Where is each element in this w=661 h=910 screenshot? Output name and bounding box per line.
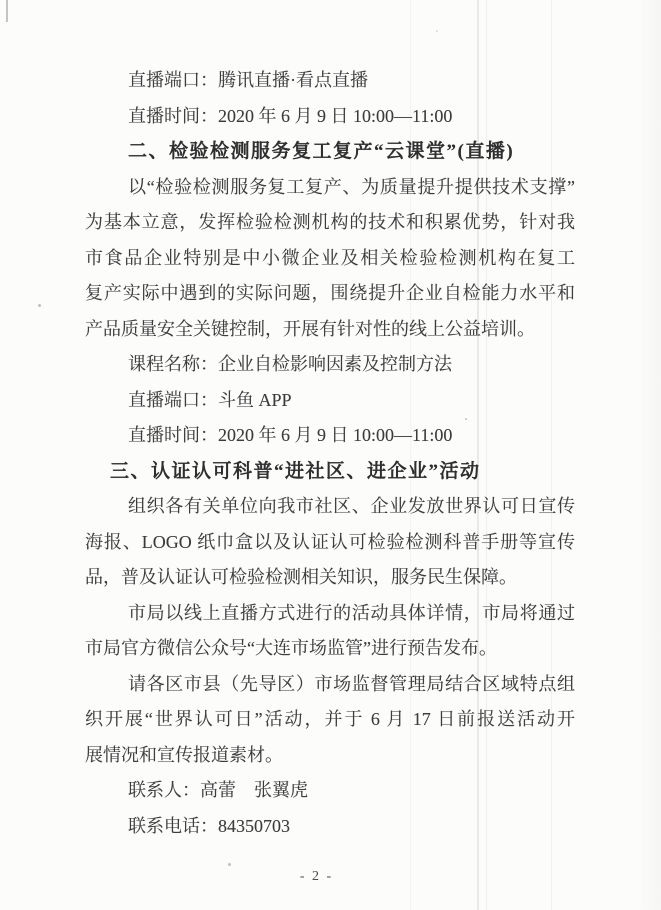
doc-line: 产品质量安全关键控制，开展有针对性的线上公益培训。 [85,312,575,348]
scan-artifact-edge-tint [639,0,661,910]
doc-line: 复产实际中遇到的实际问题，围绕提升企业自检能力水平和 [85,276,575,312]
doc-line: 海报、LOGO 纸巾盒以及认证认可检验检测科普手册等宣传 [85,525,575,561]
doc-line-broadcast-time: 直播时间：2020 年 6 月 9 日 10:00—11:00 [85,418,575,454]
doc-line: 组织各有关单位向我市社区、企业发放世界认可日宣传 [85,489,575,525]
doc-line: 请各区市县（先导区）市场监督管理局结合区域特点组 [85,667,575,703]
doc-line: 市局官方微信公众号“大连市场监管”进行预告发布。 [85,631,575,667]
doc-line-broadcast-time: 直播时间：2020 年 6 月 9 日 10:00—11:00 [85,99,575,135]
doc-line: 为基本立意，发挥检验检测机构的技术和积累优势，针对我 [85,205,575,241]
section-heading-3: 三、认证认可科普“进社区、进企业”活动 [85,454,575,490]
doc-line-broadcast-port: 直播端口：斗鱼 APP [85,383,575,419]
doc-line-contact-person: 联系人：高蕾 张翼虎 [85,773,575,809]
doc-line-contact-phone: 联系电话：84350703 [85,809,575,845]
doc-line: 市局以线上直播方式进行的活动具体详情，市局将通过 [85,596,575,632]
doc-line: 品，普及认证认可检验检测相关知识，服务民生保障。 [85,560,575,596]
scan-artifact-speckle [38,304,41,307]
scan-artifact-corner-mark [6,0,8,22]
doc-line-broadcast-port: 直播端口：腾讯直播·看点直播 [85,63,575,99]
doc-line: 以“检验检测服务复工复产、为质量提升提供技术支撑” [85,170,575,206]
page-number: - 2 - [0,869,647,885]
section-heading-2: 二、检验检测服务复工复产“云课堂”(直播) [85,134,575,170]
document-body: 直播端口：腾讯直播·看点直播 直播时间：2020 年 6 月 9 日 10:00… [85,63,575,844]
doc-line-course-name: 课程名称：企业自检影响因素及控制方法 [85,347,575,383]
scan-artifact-speckle [436,30,438,32]
doc-line: 织开展“世界认可日”活动，并于 6 月 17 日前报送活动开 [85,702,575,738]
doc-line: 市食品企业特别是中小微企业及相关检验检测机构在复工 [85,241,575,277]
document-page: 直播端口：腾讯直播·看点直播 直播时间：2020 年 6 月 9 日 10:00… [0,0,661,910]
scan-artifact-speckle [228,863,231,866]
doc-line: 展情况和宣传报道素材。 [85,738,575,774]
